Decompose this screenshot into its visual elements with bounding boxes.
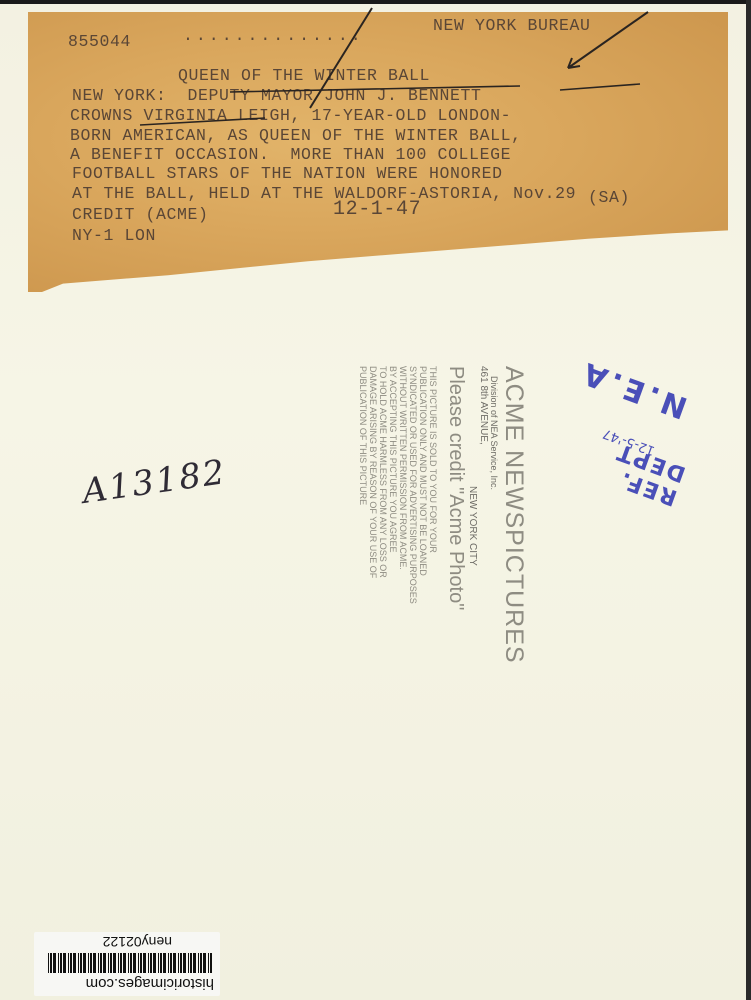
acme-credit-line: Please credit "Acme Photo" xyxy=(444,366,467,664)
archive-label: historicimages.com neny02122 xyxy=(34,932,220,996)
pen-markings xyxy=(0,0,751,300)
acme-division: Division of NEA Service, Inc. xyxy=(489,376,499,664)
acme-city: NEW YORK CITY xyxy=(467,486,478,664)
acme-terms: PUBLICATION OF THIS PICTURE xyxy=(358,366,368,664)
archive-site: historicimages.com xyxy=(86,975,214,992)
barcode xyxy=(48,953,212,973)
acme-terms: DAMAGE ARISING BY REASON OF YOUR USE OF xyxy=(368,366,378,664)
acme-terms: PUBLICATION ONLY AND MUST NOT BE LOANED xyxy=(418,366,428,664)
acme-stamp: ACME NEWSPICTURES Division of NEA Servic… xyxy=(358,366,528,664)
acme-title: ACME NEWSPICTURES xyxy=(499,366,528,664)
acme-terms: TO HOLD ACME HARMLESS FROM ANY LOSS OR xyxy=(378,366,388,664)
acme-terms: BY ACCEPTING THIS PICTURE YOU AGREE xyxy=(388,366,398,664)
acme-terms: SYNDICATED OR USED FOR ADVERTISING PURPO… xyxy=(408,366,418,664)
archive-code: neny02122 xyxy=(103,934,172,950)
acme-terms: WITHOUT WRITTEN PERMISSION FROM ACME. xyxy=(398,366,408,664)
acme-terms: THIS PICTURE IS SOLD TO YOU FOR YOUR xyxy=(428,366,438,664)
acme-address: 461 8th AVENUE, xyxy=(478,366,489,664)
